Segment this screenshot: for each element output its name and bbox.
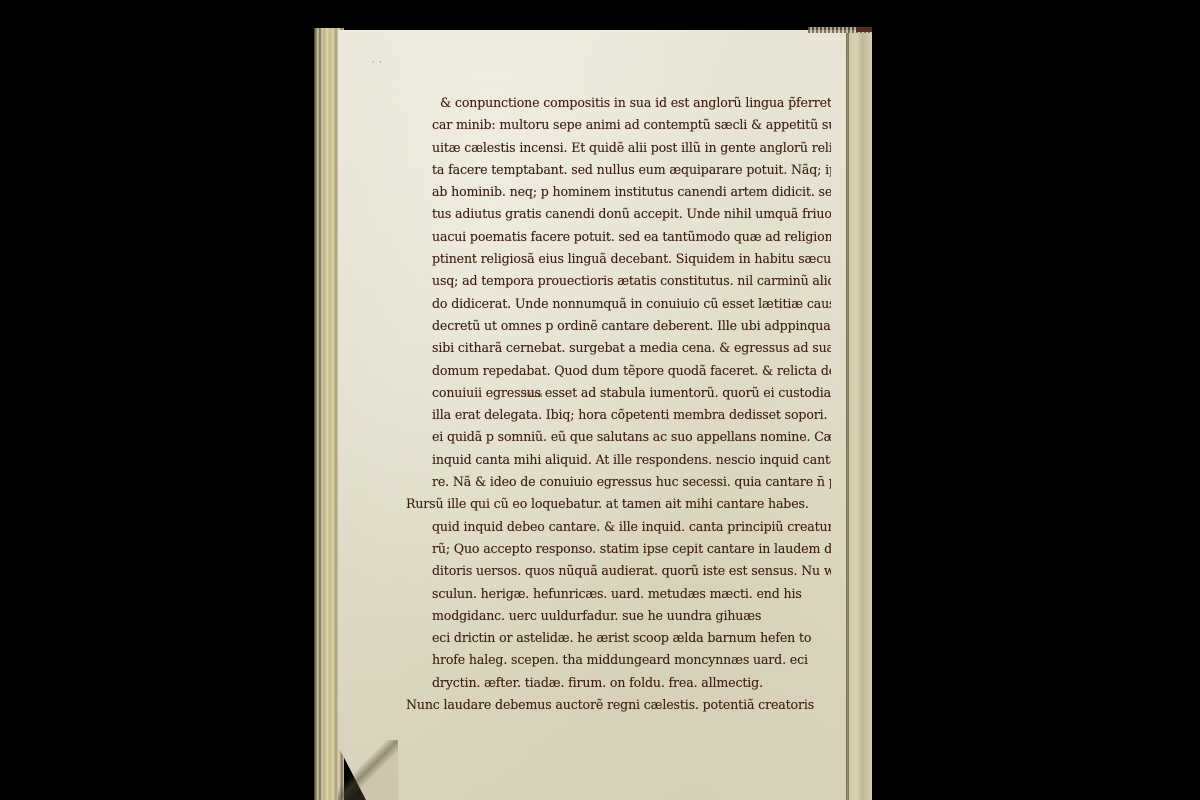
gutter-crease	[846, 30, 849, 800]
manuscript-line: ei quidã p somniũ. eũ que salutans ac su…	[406, 426, 831, 448]
manuscript-line: uacui poematis facere potuit. sed ea tan…	[406, 226, 831, 248]
manuscript-line: ab hominib. neq; p hominem institutus ca…	[406, 181, 831, 203]
manuscript-text-block: & conpunctione compositis in sua id est …	[406, 92, 831, 716]
manuscript-line: dryctin. æfter. tiadæ. firum. on foldu. …	[406, 672, 831, 694]
manuscript-line: hrofe haleg. scepen. tha middungeard mon…	[406, 649, 831, 671]
manuscript-line: inquid canta mihi aliquid. At ille respo…	[406, 449, 831, 471]
manuscript-line: decretũ ut omnes p ordinẽ cantare debere…	[406, 315, 831, 337]
manuscript-line: domum repedabat. Quod dum tẽpore quodã f…	[406, 360, 831, 382]
manuscript-line: uitæ cælestis incensi. Et quidẽ alii pos…	[406, 137, 831, 159]
manuscript-line: sculun. herigæ. hefunricæs. uard. metudæ…	[406, 583, 831, 605]
manuscript-line: ta facere temptabant. sed nullus eum æqu…	[406, 159, 831, 181]
manuscript-line: ptinent religiosã eius linguã decebant. …	[406, 248, 831, 270]
manuscript-line: conuiuii egressus esset ad stabula iumen…	[406, 382, 831, 404]
manuscript-line: quid inquid debeo cantare. & ille inquid…	[406, 516, 831, 538]
manuscript-line: re. Nã & ideo de conuiuio egressus huc s…	[406, 471, 831, 493]
manuscript-line: do didicerat. Unde nonnumquã in conuiuio…	[406, 293, 831, 315]
manuscript-line: rũ; Quo accepto responso. statim ipse ce…	[406, 538, 831, 560]
manuscript-line: eci drictin or astelidæ. he ærist scoop …	[406, 627, 831, 649]
binding-red-thread	[856, 27, 872, 32]
manuscript-line: & conpunctione compositis in sua id est …	[406, 92, 831, 114]
folio-top-marks: · ·	[372, 58, 383, 67]
manuscript-line: tus adiutus gratis canendi donũ accepit.…	[406, 203, 831, 225]
manuscript-viewer: · · hora & conpunctione compositis in su…	[0, 0, 1200, 800]
manuscript-line: illa erat delegata. Ibiq; hora cõpetenti…	[406, 404, 831, 426]
manuscript-line: Nunc laudare debemus auctorẽ regni cæles…	[406, 694, 831, 716]
manuscript-line: sibi citharã cernebat. surgebat a media …	[406, 337, 831, 359]
manuscript-line: ditoris uersos. quos nũquã audierat. quo…	[406, 560, 831, 582]
manuscript-line: usq; ad tempora prouectioris ætatis cons…	[406, 270, 831, 292]
manuscript-line: car minib: multoru sepe animi ad contemp…	[406, 114, 831, 136]
manuscript-line: Rursũ ille qui cũ eo loquebatur. at tame…	[406, 493, 831, 515]
manuscript-line: modgidanc. uerc uuldurfadur. sue he uund…	[406, 605, 831, 627]
binding-gutter	[848, 30, 872, 800]
